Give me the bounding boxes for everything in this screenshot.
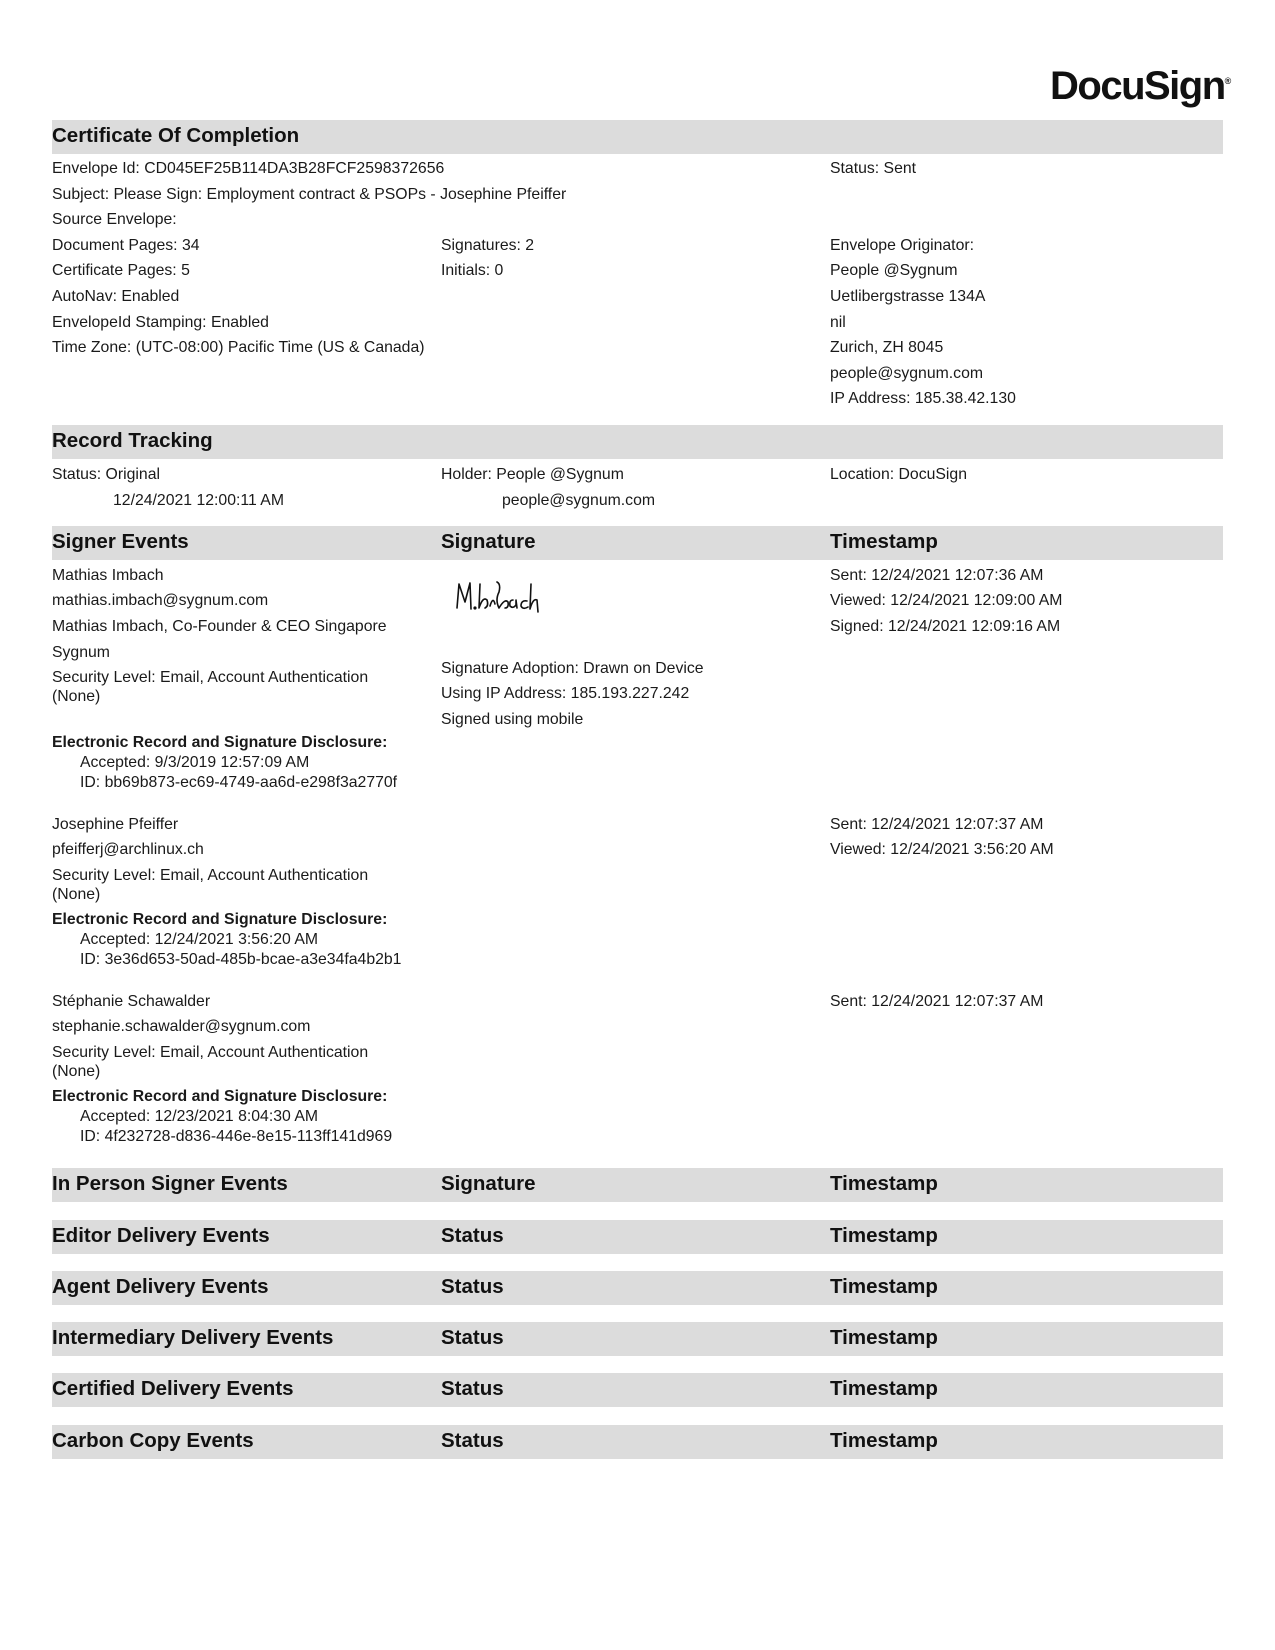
signer-security-level: Security Level: Email, Account Authentic… — [52, 668, 412, 706]
section-col2: Status — [441, 1224, 504, 1248]
signer-email: pfeifferj@archlinux.ch — [52, 840, 204, 859]
section-col3: Timestamp — [830, 1326, 938, 1350]
originator-label: Envelope Originator: — [830, 236, 974, 255]
timestamp-col-title: Timestamp — [830, 530, 938, 554]
docusign-logo: DocuSign® — [1050, 64, 1231, 109]
intermediary-delivery-events-bar: Intermediary Delivery Events Status Time… — [52, 1322, 1223, 1356]
agent-delivery-events-bar: Agent Delivery Events Status Timestamp — [52, 1271, 1223, 1305]
signature-adoption: Signature Adoption: Drawn on Device — [441, 659, 704, 678]
section-title: Agent Delivery Events — [52, 1275, 268, 1299]
certificate-pages: Certificate Pages: 5 — [52, 261, 190, 280]
timestamp-viewed: Viewed: 12/24/2021 12:09:00 AM — [830, 591, 1062, 610]
record-holder-email: people@sygnum.com — [502, 491, 655, 510]
record-tracking-header-bar: Record Tracking — [52, 425, 1223, 459]
signed-via: Signed using mobile — [441, 710, 583, 729]
originator-line2: nil — [830, 313, 846, 332]
disclosure-id: ID: 4f232728-d836-446e-8e15-113ff141d969 — [80, 1127, 392, 1146]
signer-title: Mathias Imbach, Co-Founder & CEO Singapo… — [52, 617, 387, 636]
section-col2: Status — [441, 1429, 504, 1453]
certificate-title: Certificate Of Completion — [52, 124, 299, 148]
section-col3: Timestamp — [830, 1429, 938, 1453]
signer-email: mathias.imbach@sygnum.com — [52, 591, 268, 610]
disclosure-label: Electronic Record and Signature Disclosu… — [52, 910, 387, 929]
logo-text: DocuSign — [1050, 64, 1225, 108]
document-pages: Document Pages: 34 — [52, 236, 200, 255]
envelope-id: Envelope Id: CD045EF25B114DA3B28FCF25983… — [52, 159, 444, 178]
signer-security-level: Security Level: Email, Account Authentic… — [52, 866, 412, 904]
signer-events-col-title: Signer Events — [52, 530, 189, 554]
section-title: Carbon Copy Events — [52, 1429, 254, 1453]
disclosure-accepted: Accepted: 12/23/2021 8:04:30 AM — [80, 1107, 318, 1126]
source-envelope: Source Envelope: — [52, 210, 177, 229]
originator-city: Zurich, ZH 8045 — [830, 338, 943, 357]
timestamp-sent: Sent: 12/24/2021 12:07:37 AM — [830, 815, 1043, 834]
timestamp-sent: Sent: 12/24/2021 12:07:36 AM — [830, 566, 1043, 585]
handwritten-signature-image — [453, 578, 549, 618]
timestamp-viewed: Viewed: 12/24/2021 3:56:20 AM — [830, 840, 1054, 859]
section-col2: Signature — [441, 1172, 536, 1196]
record-location: Location: DocuSign — [830, 465, 967, 484]
signer-security-level: Security Level: Email, Account Authentic… — [52, 1043, 412, 1081]
disclosure-label: Electronic Record and Signature Disclosu… — [52, 733, 387, 752]
originator-name: People @Sygnum — [830, 261, 958, 280]
record-holder: Holder: People @Sygnum — [441, 465, 624, 484]
section-col2: Status — [441, 1326, 504, 1350]
disclosure-id: ID: bb69b873-ec69-4749-aa6d-e298f3a2770f — [80, 773, 397, 792]
record-status-time: 12/24/2021 12:00:11 AM — [113, 491, 284, 510]
signer-name: Mathias Imbach — [52, 566, 164, 585]
disclosure-accepted: Accepted: 9/3/2019 12:57:09 AM — [80, 753, 309, 772]
signer-company: Sygnum — [52, 643, 110, 662]
time-zone: Time Zone: (UTC-08:00) Pacific Time (US … — [52, 338, 425, 357]
trademark-mark: ® — [1225, 76, 1232, 86]
record-tracking-title: Record Tracking — [52, 429, 213, 453]
originator-email: people@sygnum.com — [830, 364, 983, 383]
section-title: Editor Delivery Events — [52, 1224, 270, 1248]
disclosure-id: ID: 3e36d653-50ad-485b-bcae-a3e34fa4b2b1 — [80, 950, 401, 969]
signer-events-header-bar: Signer Events Signature Timestamp — [52, 526, 1223, 560]
originator-street: Uetlibergstrasse 134A — [830, 287, 985, 306]
timestamp-signed: Signed: 12/24/2021 12:09:16 AM — [830, 617, 1060, 636]
signer-name: Josephine Pfeiffer — [52, 815, 178, 834]
section-col3: Timestamp — [830, 1377, 938, 1401]
signatures-count: Signatures: 2 — [441, 236, 534, 255]
autonav: AutoNav: Enabled — [52, 287, 179, 306]
section-col3: Timestamp — [830, 1172, 938, 1196]
disclosure-accepted: Accepted: 12/24/2021 3:56:20 AM — [80, 930, 318, 949]
envelopeid-stamping: EnvelopeId Stamping: Enabled — [52, 313, 269, 332]
carbon-copy-events-bar: Carbon Copy Events Status Timestamp — [52, 1425, 1223, 1459]
signer-email: stephanie.schawalder@sygnum.com — [52, 1017, 310, 1036]
initials-count: Initials: 0 — [441, 261, 503, 280]
certificate-header-bar: Certificate Of Completion — [52, 120, 1223, 154]
envelope-status: Status: Sent — [830, 159, 916, 178]
section-col3: Timestamp — [830, 1224, 938, 1248]
timestamp-sent: Sent: 12/24/2021 12:07:37 AM — [830, 992, 1043, 1011]
section-col2: Status — [441, 1275, 504, 1299]
originator-ip: IP Address: 185.38.42.130 — [830, 389, 1016, 408]
in-person-signer-events-bar: In Person Signer Events Signature Timest… — [52, 1168, 1223, 1202]
certified-delivery-events-bar: Certified Delivery Events Status Timesta… — [52, 1373, 1223, 1407]
signature-col-title: Signature — [441, 530, 536, 554]
section-title: Intermediary Delivery Events — [52, 1326, 333, 1350]
section-col3: Timestamp — [830, 1275, 938, 1299]
signer-name: Stéphanie Schawalder — [52, 992, 210, 1011]
subject: Subject: Please Sign: Employment contrac… — [52, 185, 566, 204]
editor-delivery-events-bar: Editor Delivery Events Status Timestamp — [52, 1220, 1223, 1254]
disclosure-label: Electronic Record and Signature Disclosu… — [52, 1087, 387, 1106]
section-col2: Status — [441, 1377, 504, 1401]
signature-ip: Using IP Address: 185.193.227.242 — [441, 684, 689, 703]
section-title: In Person Signer Events — [52, 1172, 288, 1196]
record-status: Status: Original — [52, 465, 160, 484]
section-title: Certified Delivery Events — [52, 1377, 294, 1401]
